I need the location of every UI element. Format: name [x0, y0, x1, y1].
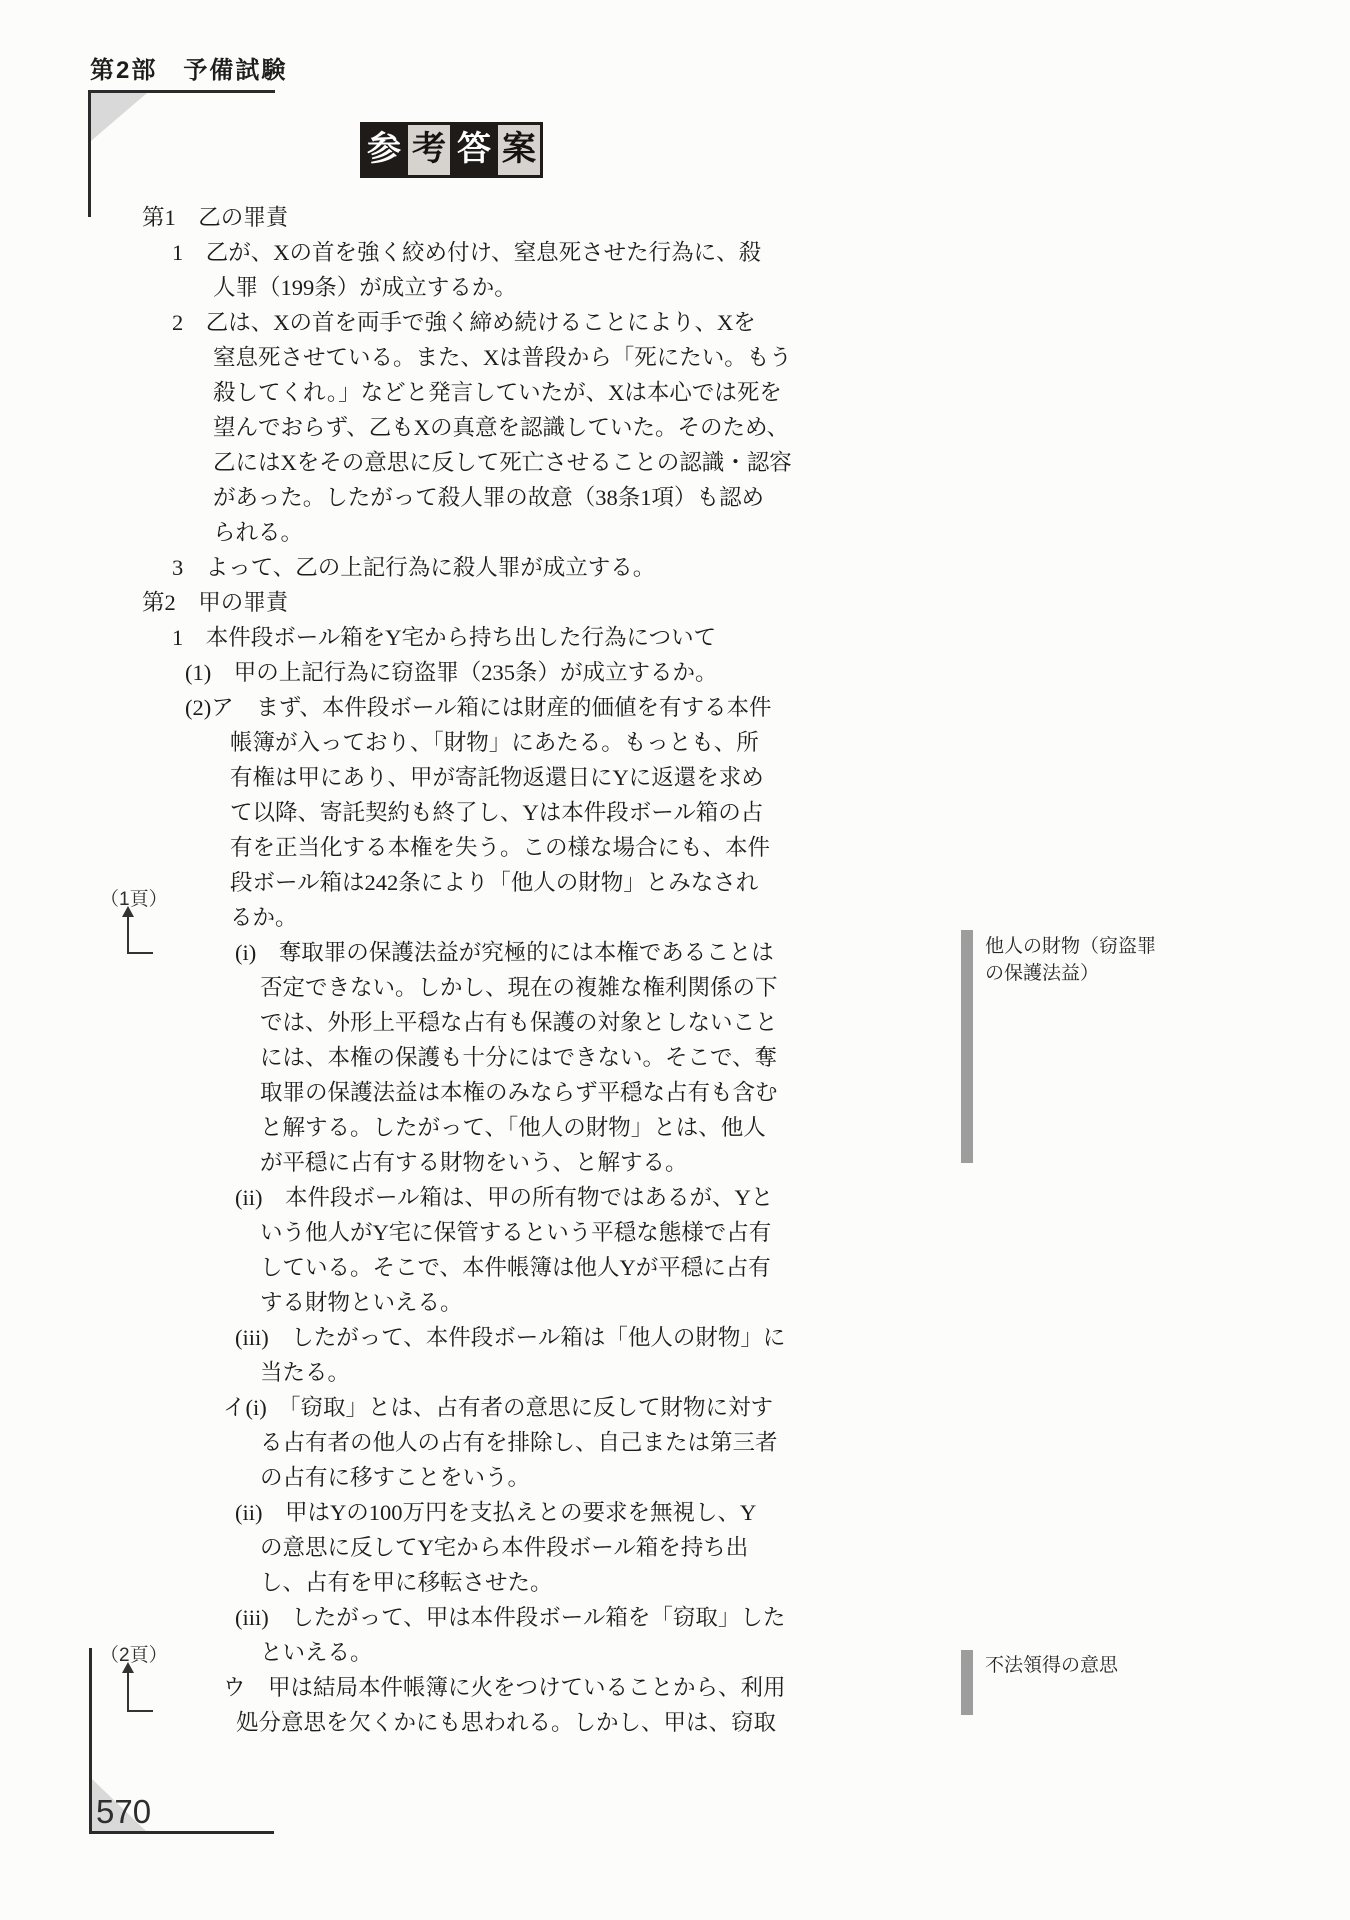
body-line: 乙にはXをその意思に反して死亡させることの認識・認容 [0, 445, 1000, 480]
body-line: 取罪の保護法益は本権のみならず平穏な占有も含む [0, 1075, 1000, 1110]
page-number: 570 [96, 1793, 151, 1831]
body-line: いう他人がY宅に保管するという平穏な態様で占有 [0, 1215, 1000, 1250]
body-line: 人罪（199条）が成立するか。 [0, 270, 1000, 305]
body-line: 窒息死させている。また、Xは普段から「死にたい。もう [0, 340, 1000, 375]
body-line: (iii) したがって、甲は本件段ボール箱を「窃取」した [0, 1600, 1000, 1635]
margin-bar-1 [961, 930, 973, 1163]
body-line: する財物といえる。 [0, 1285, 1000, 1320]
margin-note-2: 不法領得の意思 [985, 1652, 1118, 1679]
footer-rule [89, 1831, 274, 1834]
title-char-box: 参 [360, 122, 408, 178]
body-line: (ii) 甲はYの100万円を支払えとの要求を無視し、Y [0, 1495, 1000, 1530]
body-line: 2 乙は、Xの首を両手で強く締め続けることにより、Xを [0, 305, 1000, 340]
body-line: 有権は甲にあり、甲が寄託物返還日にYに返還を求め [0, 760, 1000, 795]
margin-note-1: 他人の財物（窃盗罪 の保護法益） [985, 933, 1156, 987]
book-page: 第2部 予備試験 参 考 答 案 第1 乙の罪責1 乙が、Xの首を強く絞め付け、… [0, 0, 1350, 1920]
up-arrow-base [127, 1710, 153, 1712]
body-line: (ii) 本件段ボール箱は、甲の所有物ではあるが、Yと [0, 1180, 1000, 1215]
body-line: 第1 乙の罪責 [0, 200, 1000, 235]
body-line: て以降、寄託契約も終了し、Yは本件段ボール箱の占 [0, 795, 1000, 830]
title-char-box: 案 [495, 122, 543, 178]
body-line: し、占有を甲に移転させた。 [0, 1565, 1000, 1600]
body-line: している。そこで、本件帳簿は他人Yが平穏に占有 [0, 1250, 1000, 1285]
margin-note-line: の保護法益） [985, 960, 1156, 987]
body-line: られる。 [0, 515, 1000, 550]
body-line: と解する。したがって、「他人の財物」とは、他人 [0, 1110, 1000, 1145]
margin-bar-2 [961, 1650, 973, 1715]
body-line: 有を正当化する本権を失う。この様な場合にも、本件 [0, 830, 1000, 865]
title-char-box: 考 [405, 122, 453, 178]
corner-triangle-top [91, 93, 147, 141]
body-line: 3 よって、乙の上記行為に殺人罪が成立する。 [0, 550, 1000, 585]
up-arrow-line [127, 1672, 129, 1712]
body-line: の意思に反してY宅から本件段ボール箱を持ち出 [0, 1530, 1000, 1565]
body-line: ウ 甲は結局本件帳簿に火をつけていることから、利用 [0, 1670, 1000, 1705]
up-arrow-line [127, 916, 129, 954]
body-line: る占有者の他人の占有を排除し、自己または第三者 [0, 1425, 1000, 1460]
body-line: には、本権の保護も十分にはできない。そこで、奪 [0, 1040, 1000, 1075]
body-line: では、外形上平穏な占有も保護の対象としないこと [0, 1005, 1000, 1040]
body-line: (iii) したがって、本件段ボール箱は「他人の財物」に [0, 1320, 1000, 1355]
body-line: が平穏に占有する財物をいう、と解する。 [0, 1145, 1000, 1180]
page-title: 参 考 答 案 [360, 122, 543, 178]
title-char-box: 答 [450, 122, 498, 178]
part-header: 第2部 予備試験 [90, 50, 287, 85]
answer-body: 第1 乙の罪責1 乙が、Xの首を強く絞め付け、窒息死させた行為に、殺人罪（199… [0, 200, 1000, 1740]
up-arrow-base [127, 952, 153, 954]
body-line: 望んでおらず、乙もXの真意を認識していた。そのため、 [0, 410, 1000, 445]
body-line: 否定できない。しかし、現在の複雑な権利関係の下 [0, 970, 1000, 1005]
body-line: イ(i) 「窃取」とは、占有者の意思に反して財物に対す [0, 1390, 1000, 1425]
body-line: 殺してくれ。」などと発言していたが、Xは本心では死を [0, 375, 1000, 410]
body-line: (2)ア まず、本件段ボール箱には財産的価値を有する本件 [0, 690, 1000, 725]
body-line: の占有に移すことをいう。 [0, 1460, 1000, 1495]
body-line: があった。したがって殺人罪の故意（38条1項）も認め [0, 480, 1000, 515]
body-line: 第2 甲の罪責 [0, 585, 1000, 620]
body-line: 帳簿が入っており、「財物」にあたる。もっとも、所 [0, 725, 1000, 760]
body-line: (1) 甲の上記行為に窃盗罪（235条）が成立するか。 [0, 655, 1000, 690]
margin-note-line: 他人の財物（窃盗罪 [985, 933, 1156, 960]
body-line: 1 本件段ボール箱をY宅から持ち出した行為について [0, 620, 1000, 655]
body-line: 当たる。 [0, 1355, 1000, 1390]
body-line: 1 乙が、Xの首を強く絞め付け、窒息死させた行為に、殺 [0, 235, 1000, 270]
